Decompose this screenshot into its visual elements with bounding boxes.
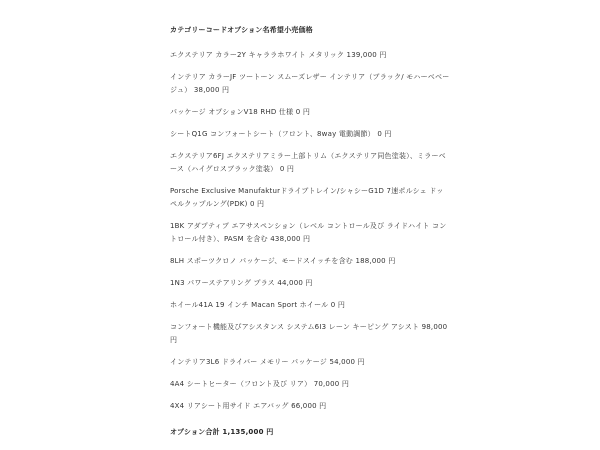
- option-row: ホイール41A 19 インチ Macan Sport ホイール 0 円: [170, 299, 450, 312]
- option-price: 38,000 円: [194, 86, 229, 94]
- total-value: 1,135,000 円: [222, 428, 273, 436]
- option-text: インテリア3L6 ドライバー メモリー パッケージ: [170, 358, 327, 366]
- option-text: 8LH スポーツクロノ パッケージ、モードスイッチを含む: [170, 257, 353, 265]
- option-text: 4A4 シートヒーター（フロント及び リア）: [170, 380, 311, 388]
- option-text: パッケージ オプションV18 RHD 仕様: [170, 108, 293, 116]
- table-header: カテゴリーコードオプション名希望小売価格: [170, 24, 450, 37]
- document-page: カテゴリーコードオプション名希望小売価格 エクステリア カラー2Y キャララホワ…: [0, 0, 600, 450]
- option-price: 70,000 円: [314, 380, 349, 388]
- option-price: 66,000 円: [291, 402, 326, 410]
- option-price: 438,000 円: [270, 235, 310, 243]
- option-text: エクステリア6FJ エクステリアミラー上部トリム（エクステリア同色塗装）、ミラー…: [170, 152, 446, 173]
- option-price: 0 円: [331, 301, 345, 309]
- option-row: 1BK アダプティブ エアサスペンション（レベル コントロール及び ライドハイト…: [170, 220, 450, 246]
- option-price: 188,000 円: [355, 257, 395, 265]
- option-text: エクステリア カラー2Y キャララホワイト メタリック: [170, 51, 344, 59]
- option-row: 4A4 シートヒーター（フロント及び リア） 70,000 円: [170, 378, 450, 391]
- option-price: 139,000 円: [347, 51, 387, 59]
- total-row: オプション合計 1,135,000 円: [170, 426, 450, 439]
- option-price: 0 円: [296, 108, 310, 116]
- option-row: インテリア カラーJF ツートーン スムーズレザー インテリア（ブラック/ モハ…: [170, 71, 450, 97]
- option-text: コンフォート機能及びアシスタンス システム6I3 レーン キーピング アシスト: [170, 323, 419, 331]
- option-row: 4X4 リアシート用サイド エアバッグ 66,000 円: [170, 400, 450, 413]
- option-row: シートQ1G コンフォートシート（フロント、8way 電動調節） 0 円: [170, 128, 450, 141]
- option-row: エクステリア カラー2Y キャララホワイト メタリック 139,000 円: [170, 49, 450, 62]
- option-price: 0 円: [377, 130, 391, 138]
- option-row: Porsche Exclusive Manufakturドライブトレイン/シャシ…: [170, 185, 450, 211]
- option-row: 8LH スポーツクロノ パッケージ、モードスイッチを含む 188,000 円: [170, 255, 450, 268]
- option-row: エクステリア6FJ エクステリアミラー上部トリム（エクステリア同色塗装）、ミラー…: [170, 150, 450, 176]
- option-row: コンフォート機能及びアシスタンス システム6I3 レーン キーピング アシスト …: [170, 321, 450, 347]
- option-text: ホイール41A 19 インチ Macan Sport ホイール: [170, 301, 328, 309]
- option-text: シートQ1G コンフォートシート（フロント、8way 電動調節）: [170, 130, 375, 138]
- option-text: Porsche Exclusive Manufakturドライブトレイン/シャシ…: [170, 187, 443, 208]
- option-price: 54,000 円: [329, 358, 364, 366]
- option-price: 0 円: [250, 200, 264, 208]
- option-row: 1N3 パワーステアリング プラス 44,000 円: [170, 277, 450, 290]
- option-text: 4X4 リアシート用サイド エアバッグ: [170, 402, 289, 410]
- option-price: 0 円: [280, 165, 294, 173]
- option-row: パッケージ オプションV18 RHD 仕様 0 円: [170, 106, 450, 119]
- option-row: インテリア3L6 ドライバー メモリー パッケージ 54,000 円: [170, 356, 450, 369]
- total-label: オプション合計: [170, 428, 220, 436]
- option-price: 44,000 円: [277, 279, 312, 287]
- options-list: カテゴリーコードオプション名希望小売価格 エクステリア カラー2Y キャララホワ…: [170, 24, 450, 439]
- option-text: 1N3 パワーステアリング プラス: [170, 279, 275, 287]
